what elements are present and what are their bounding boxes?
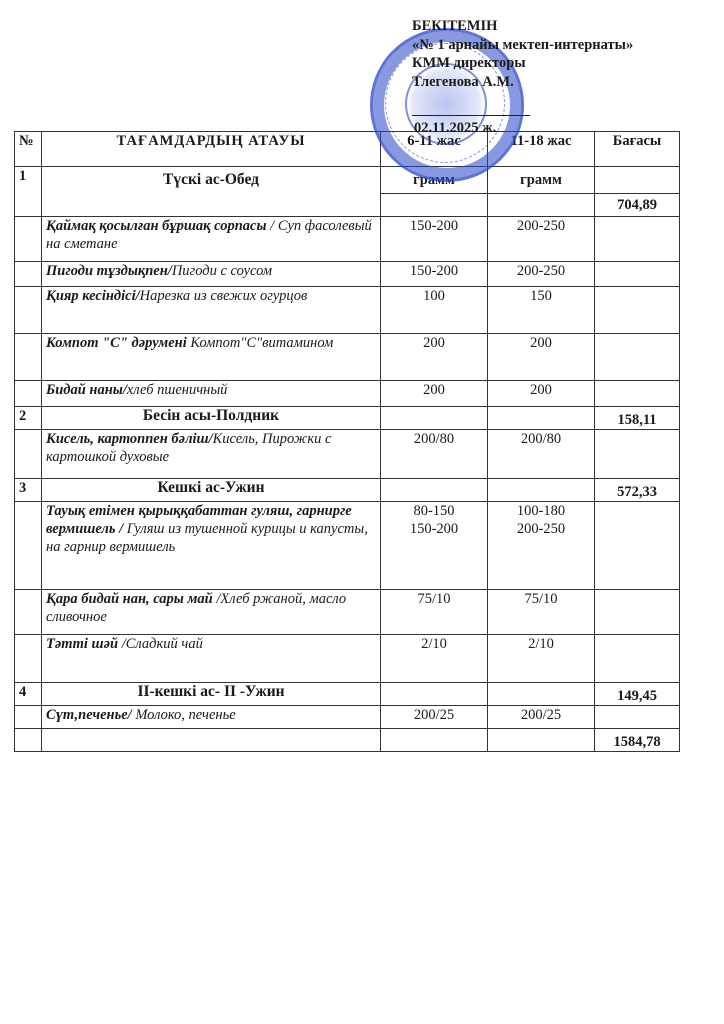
portion-11-18: 100-180 200-250 (488, 502, 595, 590)
meal-num: 1 (15, 167, 42, 217)
dish-name: Қара бидай нан, сары май /Хлеб ржаной, м… (42, 590, 381, 635)
meal-price: 149,45 (595, 683, 680, 706)
portion-11-18: 150 (488, 287, 595, 334)
portion-11-18: 200-250 (488, 262, 595, 287)
dish-name-ru: Пигоди с соусом (172, 263, 272, 279)
dish-row: Кисель, картоппен бәліш/Кисель, Пирожки … (15, 430, 680, 479)
dish-name: Бидай наны/хлеб пшеничный (42, 381, 381, 407)
portion-11-18: 200-250 (488, 217, 595, 262)
empty-cell (15, 430, 42, 479)
empty-cell (595, 262, 680, 287)
approval-org: «№ 1 арнайы мектеп-интернаты» (412, 36, 712, 55)
portion-11-18: 75/10 (488, 590, 595, 635)
dish-name-ru: Нарезка из свежих огурцов (140, 288, 308, 304)
dish-name: Кисель, картоппен бәліш/Кисель, Пирожки … (42, 430, 381, 479)
dish-name: Қияр кесіндісі/Нарезка из свежих огурцов (42, 287, 381, 334)
empty-cell (381, 194, 488, 217)
portion-6-11: 200/80 (381, 430, 488, 479)
approval-date: 02.11.2025 ж. (414, 119, 496, 138)
approval-title: БЕКІТЕМІН (412, 17, 712, 36)
meal-row: 2Бесін асы-Полдник158,11 (15, 407, 680, 430)
empty-cell (15, 502, 42, 590)
portion-11-18: 2/10 (488, 635, 595, 683)
portion-11-18: 200 (488, 381, 595, 407)
empty-cell (488, 407, 595, 430)
empty-cell (595, 381, 680, 407)
portion-11-18: 200/25 (488, 706, 595, 729)
dish-name-ru: Компот"С"витамином (187, 335, 334, 351)
empty-cell (15, 635, 42, 683)
dish-row: Сүт,печенье/ Молоко, печенье200/25200/25 (15, 706, 680, 729)
empty-cell (488, 479, 595, 502)
empty-cell (381, 729, 488, 752)
header-name: ТАҒАМДАРДЫҢ АТАУЫ (42, 132, 381, 167)
dish-name-kz: Тәтті шәй (46, 636, 122, 652)
empty-cell (381, 479, 488, 502)
dish-name: Қаймақ қосылған бұршақ сорпасы / Суп фас… (42, 217, 381, 262)
dish-name-kz: Компот "С" дәрумені (46, 335, 187, 351)
meal-num: 3 (15, 479, 42, 502)
dish-name-kz: Бидай наны/ (46, 382, 127, 398)
dish-name-kz: Қара бидай нан, сары май (46, 591, 216, 607)
meal-price: 158,11 (595, 407, 680, 430)
header-age-11-18: 11-18 жас (488, 132, 595, 167)
empty-cell (15, 590, 42, 635)
portion-6-11: 200 (381, 334, 488, 381)
unit-11-18: грамм (488, 167, 595, 194)
meal-price: 704,89 (595, 194, 680, 217)
dish-row: Бидай наны/хлеб пшеничный200200 (15, 381, 680, 407)
portion-6-11: 100 (381, 287, 488, 334)
empty-cell (595, 287, 680, 334)
empty-cell (381, 407, 488, 430)
meal-row: 1Түскі ас-Обедграммграмм (15, 167, 680, 194)
empty-cell (488, 194, 595, 217)
empty-cell (15, 706, 42, 729)
portion-11-18: 200 (488, 334, 595, 381)
dish-row: Компот "С" дәрумені Компот"С"витамином20… (15, 334, 680, 381)
approval-name: Тлегенова А.М. (412, 73, 712, 92)
portion-6-11: 150-200 (381, 217, 488, 262)
empty-cell (15, 334, 42, 381)
empty-cell (42, 729, 381, 752)
empty-cell (595, 635, 680, 683)
dish-name: Тәтті шәй /Сладкий чай (42, 635, 381, 683)
portion-11-18: 200/80 (488, 430, 595, 479)
unit-6-11: грамм (381, 167, 488, 194)
empty-cell (488, 683, 595, 706)
dish-row: Тауық етімен қырыққабаттан гуляш, гарнир… (15, 502, 680, 590)
dish-name-ru: хлеб пшеничный (127, 382, 228, 398)
dish-name-kz: Қаймақ қосылған бұршақ сорпасы (46, 218, 267, 234)
dish-row: Қаймақ қосылған бұршақ сорпасы / Суп фас… (15, 217, 680, 262)
empty-cell (595, 590, 680, 635)
empty-cell (595, 706, 680, 729)
meal-title: Түскі ас-Обед (42, 167, 381, 217)
empty-cell (595, 430, 680, 479)
meal-title: Кешкі ас-Ужин (42, 479, 381, 502)
approval-position: КММ директоры (412, 54, 712, 73)
header-price: Бағасы (595, 132, 680, 167)
dish-name-kz: Қияр кесіндісі/ (46, 288, 140, 304)
signature-line (412, 115, 530, 116)
dish-row: Қара бидай нан, сары май /Хлеб ржаной, м… (15, 590, 680, 635)
dish-name: Пигоди тұздықпен/Пигоди с соусом (42, 262, 381, 287)
empty-cell (381, 683, 488, 706)
portion-6-11: 80-150 150-200 (381, 502, 488, 590)
dish-name: Тауық етімен қырыққабаттан гуляш, гарнир… (42, 502, 381, 590)
total-row: 1584,78 (15, 729, 680, 752)
dish-name-ru: /Сладкий чай (122, 636, 203, 652)
portion-6-11: 200/25 (381, 706, 488, 729)
menu-table: № ТАҒАМДАРДЫҢ АТАУЫ 6-11 жас 11-18 жас Б… (14, 131, 680, 752)
empty-cell (488, 729, 595, 752)
portion-6-11: 200 (381, 381, 488, 407)
meal-num: 4 (15, 683, 42, 706)
dish-name-kz: Сүт,печенье/ (46, 707, 132, 723)
meal-title: ІІ-кешкі ас- ІІ -Ужин (42, 683, 381, 706)
dish-name: Сүт,печенье/ Молоко, печенье (42, 706, 381, 729)
meal-title: Бесін асы-Полдник (42, 407, 381, 430)
portion-6-11: 2/10 (381, 635, 488, 683)
empty-cell (595, 334, 680, 381)
empty-cell (15, 287, 42, 334)
empty-cell (595, 502, 680, 590)
meal-num: 2 (15, 407, 42, 430)
empty-cell (15, 729, 42, 752)
portion-6-11: 150-200 (381, 262, 488, 287)
empty-cell (15, 381, 42, 407)
dish-name-kz: Пигоди тұздықпен/ (46, 263, 172, 279)
approval-block: БЕКІТЕМІН «№ 1 арнайы мектеп-интернаты» … (412, 17, 712, 91)
empty-cell (595, 217, 680, 262)
meal-row: 4ІІ-кешкі ас- ІІ -Ужин149,45 (15, 683, 680, 706)
portion-6-11: 75/10 (381, 590, 488, 635)
dish-name-ru: Молоко, печенье (132, 707, 236, 723)
header-num: № (15, 132, 42, 167)
price-empty (595, 167, 680, 194)
meal-row: 3Кешкі ас-Ужин572,33 (15, 479, 680, 502)
dish-name-kz: Кисель, картоппен бәліш/ (46, 431, 213, 447)
total-price: 1584,78 (595, 729, 680, 752)
dish-row: Қияр кесіндісі/Нарезка из свежих огурцов… (15, 287, 680, 334)
table-header-row: № ТАҒАМДАРДЫҢ АТАУЫ 6-11 жас 11-18 жас Б… (15, 132, 680, 167)
empty-cell (15, 262, 42, 287)
meal-price: 572,33 (595, 479, 680, 502)
dish-row: Тәтті шәй /Сладкий чай2/102/10 (15, 635, 680, 683)
dish-name: Компот "С" дәрумені Компот"С"витамином (42, 334, 381, 381)
dish-row: Пигоди тұздықпен/Пигоди с соусом150-2002… (15, 262, 680, 287)
empty-cell (15, 217, 42, 262)
